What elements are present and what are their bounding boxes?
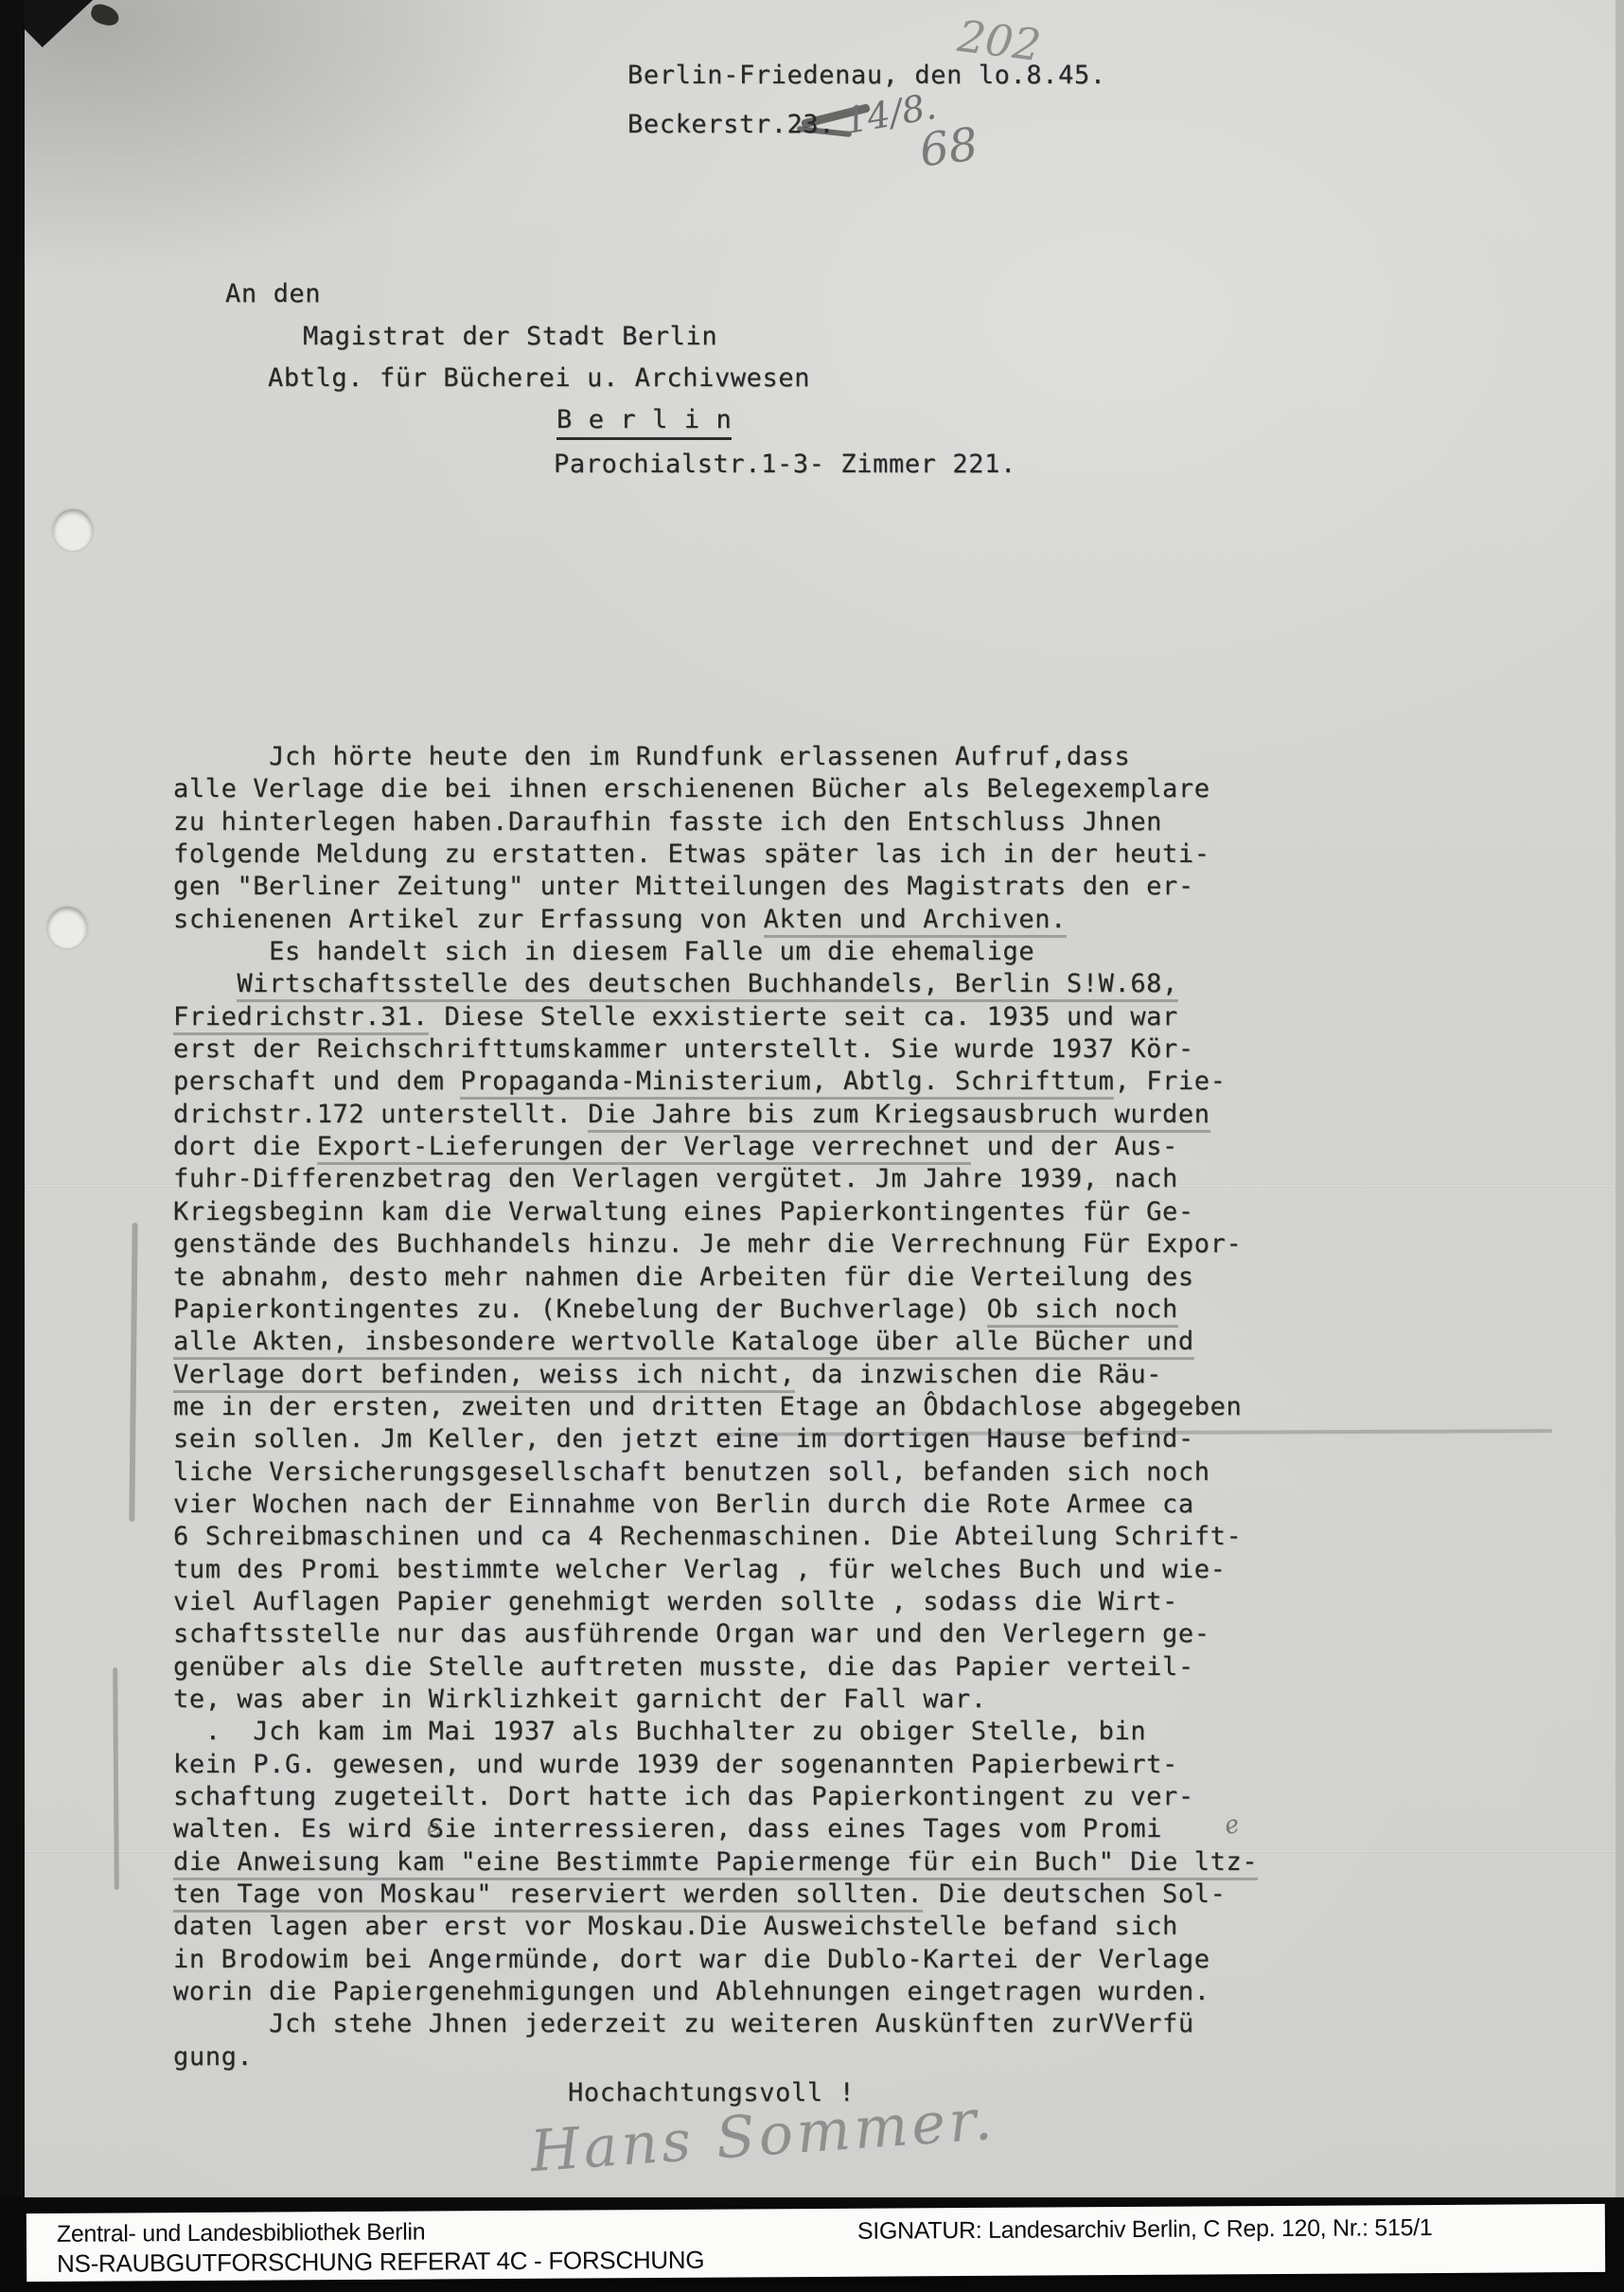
letter-body-line: . Jch kam im Mai 1937 als Buchhalter zu … bbox=[173, 1716, 1258, 1748]
text-segment: genstände des Buchhandels hinzu. Je mehr… bbox=[173, 1229, 1242, 1259]
letter-body-line: 6 Schreibmaschinen und ca 4 Rechenmaschi… bbox=[173, 1521, 1258, 1553]
letter-body-line: alle Verlage die bei ihnen erschienenen … bbox=[173, 773, 1258, 805]
text-segment: drichstr.172 unterstellt. bbox=[173, 1100, 588, 1129]
letter-body-line: zu hinterlegen haben.Daraufhin fasste ic… bbox=[173, 806, 1258, 838]
text-segment: worin die Papiergenehmigungen und Ablehn… bbox=[173, 1977, 1210, 2006]
text-segment: . Jch kam im Mai 1937 als Buchhalter zu … bbox=[173, 1717, 1146, 1746]
sender-address-line: Beckerstr.23. bbox=[627, 110, 835, 139]
text-segment: alle Akten, insbesondere wertvolle Katal… bbox=[173, 1327, 1194, 1360]
letter-body-line: Verlage dort befinden, weiss ich nicht, … bbox=[173, 1359, 1258, 1391]
text-segment: ten Tage von Moskau" reserviert werden s… bbox=[173, 1879, 923, 1913]
text-segment: zu hinterlegen haben.Daraufhin fasste ic… bbox=[173, 807, 1162, 837]
footer-department: NS-RAUBGUTFORSCHUNG REFERAT 4C - FORSCHU… bbox=[57, 2246, 704, 2279]
letter-body-line: gen "Berliner Zeitung" unter Mitteilunge… bbox=[173, 871, 1258, 903]
text-segment: gung. bbox=[173, 2042, 253, 2072]
footer-signature-reference: SIGNATUR: Landesarchiv Berlin, C Rep. 12… bbox=[857, 2214, 1433, 2246]
text-segment: daten lagen aber erst vor Moskau.Die Aus… bbox=[173, 1912, 1178, 1941]
footer-band: Zentral- und Landesbibliothek Berlin NS-… bbox=[0, 2197, 1624, 2292]
text-segment: 6 Schreibmaschinen und ca 4 Rechenmaschi… bbox=[173, 1522, 1242, 1551]
text-segment: erst der Reichschrifttumskammer unterste… bbox=[173, 1034, 1194, 1064]
letter-body-line: ten Tage von Moskau" reserviert werden s… bbox=[173, 1878, 1258, 1911]
text-segment: Diese Stelle exxistierte seit ca. 1935 u… bbox=[429, 1002, 1178, 1031]
punch-hole bbox=[53, 509, 93, 551]
text-segment: Export-Lieferungen der Verlage verrechne… bbox=[317, 1132, 971, 1165]
letter-body-line: worin die Papiergenehmigungen und Ablehn… bbox=[173, 1976, 1258, 2008]
letter-body: Jch hörte heute den im Rundfunk erlassen… bbox=[173, 741, 1258, 2073]
scanned-letter-page: { "header": { "date_line": "Berlin-Fried… bbox=[0, 0, 1624, 2292]
letter-body-line: liche Versicherungsgesellschaft benutzen… bbox=[173, 1456, 1258, 1489]
recipient-line3: Parochialstr.1-3- Zimmer 221. bbox=[554, 450, 1016, 479]
text-segment: schaftung zugeteilt. Dort hatte ich das … bbox=[173, 1782, 1194, 1811]
text-segment: folgende Meldung zu erstatten. Etwas spä… bbox=[173, 839, 1210, 869]
text-segment: liche Versicherungsgesellschaft benutzen… bbox=[173, 1457, 1210, 1487]
recipient-line1: Magistrat der Stadt Berlin bbox=[303, 322, 717, 351]
letter-body-line: te abnahm, desto mehr nahmen die Arbeite… bbox=[173, 1261, 1258, 1294]
letter-body-line: gung. bbox=[173, 2041, 1258, 2073]
letter-body-line: vier Wochen nach der Einnahme von Berlin… bbox=[173, 1489, 1258, 1521]
text-segment bbox=[173, 969, 237, 998]
letter-body-line: Jch hörte heute den im Rundfunk erlassen… bbox=[173, 741, 1258, 773]
number-annotation: 68 bbox=[917, 117, 980, 177]
letter-body-line: walten. Es wird Sie interressieren, dass… bbox=[173, 1813, 1258, 1845]
text-segment: und der Aus- bbox=[971, 1132, 1178, 1161]
text-segment: me in der ersten, zweiten und dritten Et… bbox=[173, 1392, 1242, 1421]
letter-body-line: die Anweisung kam "eine Bestimmte Papier… bbox=[173, 1846, 1258, 1878]
scan-edge bbox=[1615, 0, 1624, 2292]
text-segment: fuhr-Differenzbetrag den Verlagen vergüt… bbox=[173, 1164, 1178, 1193]
text-segment: in Brodowim bei Angermünde, dort war die… bbox=[173, 1945, 1210, 1974]
letter-body-line: drichstr.172 unterstellt. Die Jahre bis … bbox=[173, 1099, 1258, 1131]
letter-body-line: Papierkontingentes zu. (Knebelung der Bu… bbox=[173, 1294, 1258, 1326]
punch-hole bbox=[47, 907, 87, 948]
letter-body-line: te, was aber in Wirklizhkeit garnicht de… bbox=[173, 1684, 1258, 1716]
text-segment: vier Wochen nach der Einnahme von Berlin… bbox=[173, 1490, 1194, 1519]
letter-body-line: schaftsstelle nur das ausführende Organ … bbox=[173, 1618, 1258, 1650]
text-segment: Papierkontingentes zu. (Knebelung der Bu… bbox=[173, 1295, 987, 1324]
text-segment: da inzwischen die Räu- bbox=[795, 1360, 1162, 1389]
recipient-salutation: An den bbox=[225, 279, 321, 309]
text-segment: tum des Promi bestimmte welcher Verlag ,… bbox=[173, 1555, 1226, 1584]
text-segment: Jch stehe Jhnen jederzeit zu weiteren Au… bbox=[173, 2009, 1194, 2038]
text-segment: Propaganda-Ministerium, Abtlg. Schrifttu… bbox=[460, 1067, 1114, 1100]
text-segment: Die deutschen Sol- bbox=[923, 1879, 1226, 1909]
text-segment: Kriegsbeginn kam die Verwaltung eines Pa… bbox=[173, 1197, 1194, 1226]
text-segment: Ob sich noch bbox=[987, 1295, 1178, 1328]
letter-body-line: viel Auflagen Papier genehmigt werden so… bbox=[173, 1586, 1258, 1618]
text-segment: viel Auflagen Papier genehmigt werden so… bbox=[173, 1587, 1178, 1616]
text-segment: Es handelt sich in diesem Falle um die e… bbox=[173, 937, 1034, 966]
letter-body-line: Es handelt sich in diesem Falle um die e… bbox=[173, 936, 1258, 968]
text-segment: die Anweisung kam "eine Bestimmte Papier… bbox=[173, 1847, 1258, 1880]
text-segment: gen "Berliner Zeitung" unter Mitteilunge… bbox=[173, 872, 1194, 901]
text-segment: schaftsstelle nur das ausführende Organ … bbox=[173, 1619, 1210, 1648]
text-segment: te, was aber in Wirklizhkeit garnicht de… bbox=[173, 1684, 987, 1714]
text-segment: Jch hörte heute den im Rundfunk erlassen… bbox=[173, 742, 1130, 771]
letter-body-line: kein P.G. gewesen, und wurde 1939 der so… bbox=[173, 1749, 1258, 1781]
date-line: Berlin-Friedenau, den lo.8.45. bbox=[627, 61, 1106, 90]
text-segment: genüber als die Stelle auftreten musste,… bbox=[173, 1652, 1194, 1682]
letter-body-line: Kriegsbeginn kam die Verwaltung eines Pa… bbox=[173, 1196, 1258, 1228]
text-segment: Wirtschaftsstelle des deutschen Buchhand… bbox=[237, 969, 1177, 1002]
text-segment: Akten und Archiven. bbox=[764, 905, 1067, 938]
letter-body-line: fuhr-Differenzbetrag den Verlagen vergüt… bbox=[173, 1163, 1258, 1195]
letter-body-line: alle Akten, insbesondere wertvolle Katal… bbox=[173, 1326, 1258, 1358]
text-segment: schienenen Artikel zur Erfassung von bbox=[173, 905, 764, 934]
text-segment: te abnahm, desto mehr nahmen die Arbeite… bbox=[173, 1262, 1194, 1292]
text-segment: Friedrichstr.31. bbox=[173, 1002, 429, 1035]
letter-body-line: dort die Export-Lieferungen der Verlage … bbox=[173, 1131, 1258, 1163]
footer-institution: Zentral- und Landesbibliothek Berlin bbox=[57, 2219, 426, 2248]
letter-body-line: me in der ersten, zweiten und dritten Et… bbox=[173, 1391, 1258, 1423]
text-segment: Die Jahre bis zum Kriegsausbruch wurden bbox=[588, 1100, 1209, 1133]
letter-body-line: Wirtschaftsstelle des deutschen Buchhand… bbox=[173, 968, 1258, 1000]
recipient-line2: Abtlg. für Bücherei u. Archivwesen bbox=[268, 363, 810, 393]
letter-body-line: in Brodowim bei Angermünde, dort war die… bbox=[173, 1944, 1258, 1976]
text-segment: alle Verlage die bei ihnen erschienenen … bbox=[173, 774, 1210, 803]
letter-body-line: schaftung zugeteilt. Dort hatte ich das … bbox=[173, 1781, 1258, 1813]
text-segment: , Frie- bbox=[1114, 1067, 1226, 1096]
letter-body-line: daten lagen aber erst vor Moskau.Die Aus… bbox=[173, 1911, 1258, 1943]
letter-body-line: sein sollen. Jm Keller, den jetzt eine i… bbox=[173, 1423, 1258, 1455]
text-segment: dort die bbox=[173, 1132, 317, 1161]
text-segment: kein P.G. gewesen, und wurde 1939 der so… bbox=[173, 1750, 1178, 1779]
footer-strip: Zentral- und Landesbibliothek Berlin NS-… bbox=[26, 2204, 1605, 2282]
letter-body-line: folgende Meldung zu erstatten. Etwas spä… bbox=[173, 838, 1258, 871]
letter-body-line: perschaft und dem Propaganda-Ministerium… bbox=[173, 1066, 1258, 1098]
letter-body-line: Friedrichstr.31. Diese Stelle exxistiert… bbox=[173, 1001, 1258, 1033]
recipient-city: B e r l i n bbox=[556, 405, 732, 440]
text-segment: perschaft und dem bbox=[173, 1067, 460, 1096]
text-segment: sein sollen. Jm Keller, den jetzt eine i… bbox=[173, 1424, 1194, 1454]
letter-body-line: genstände des Buchhandels hinzu. Je mehr… bbox=[173, 1228, 1258, 1261]
letter-body-line: schienenen Artikel zur Erfassung von Akt… bbox=[173, 904, 1258, 936]
letter-body-line: genüber als die Stelle auftreten musste,… bbox=[173, 1651, 1258, 1684]
letter-body-line: erst der Reichschrifttumskammer unterste… bbox=[173, 1033, 1258, 1066]
text-segment: walten. Es wird Sie interressieren, dass… bbox=[173, 1814, 1162, 1843]
letter-body-line: Jch stehe Jhnen jederzeit zu weiteren Au… bbox=[173, 2008, 1258, 2040]
text-segment: Verlage dort befinden, weiss ich nicht, bbox=[173, 1360, 795, 1393]
letter-body-line: tum des Promi bestimmte welcher Verlag ,… bbox=[173, 1554, 1258, 1586]
